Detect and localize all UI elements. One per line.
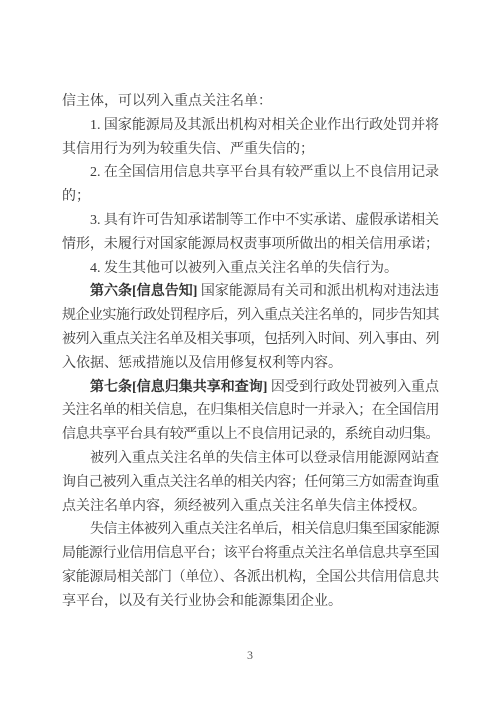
line-segment: 被列入重点关注名单及相关事项，包括列入时间、列入事由、列 [62,332,439,347]
line-segment: 情形，未履行对国家能源局权责事项所做出的相关信用承诺； [62,237,439,252]
line-segment: 规企业实施行政处罚程序后，列入重点关注名单的，同步告知其 [62,308,439,323]
text-block: 信主体，可以列入重点关注名单：1. 国家能源局及其派出机构对相关企业作出行政处罚… [62,90,439,614]
line-segment: 国家能源局有关司和派出机构对违法违 [197,284,439,299]
line-segment: 家能源局相关部门（单位）、各派出机构，全国公共信用信息共 [62,570,439,585]
text-line: 关注名单的相关信息，在归集相关信息时一并录入；在全国信用 [62,399,439,423]
article-heading: 第六条[信息告知] [90,284,197,299]
line-segment: 入依据、惩戒措施以及信用修复权利等内容。 [62,356,342,371]
text-line: 享平台，以及有关行业协会和能源集团企业。 [62,590,439,614]
text-line: 3. 具有许可告知承诺制等工作中不实承诺、虚假承诺相关 [62,209,439,233]
text-line: 失信主体被列入重点关注名单后，相关信息归集至国家能源 [62,518,439,542]
line-segment: 享平台，以及有关行业协会和能源集团企业。 [62,594,342,609]
line-segment: 局能源行业信用信息平台；该平台将重点关注名单信息共享至国 [62,546,439,561]
line-segment: 询自己被列入重点关注名单的相关内容；任何第三方如需查询重 [62,475,439,490]
text-line: 被列入重点关注名单及相关事项，包括列入时间、列入事由、列 [62,328,439,352]
text-line: 信息共享平台具有较严重以上不良信用记录的，系统自动归集。 [62,423,439,447]
text-line: 2. 在全国信用信息共享平台具有较严重以上不良信用记录 [62,161,439,185]
line-segment: 关注名单的相关信息，在归集相关信息时一并录入；在全国信用 [62,403,439,418]
line-segment: 3. 具有许可告知承诺制等工作中不实承诺、虚假承诺相关 [90,213,439,228]
text-line: 家能源局相关部门（单位）、各派出机构，全国公共信用信息共 [62,566,439,590]
text-line: 点关注名单内容，须经被列入重点关注名单失信主体授权。 [62,495,439,519]
document-page: 信主体，可以列入重点关注名单：1. 国家能源局及其派出机构对相关企业作出行政处罚… [0,0,500,707]
text-line: 4. 发生其他可以被列入重点关注名单的失信行为。 [62,257,439,281]
text-line: 信主体，可以列入重点关注名单： [62,90,439,114]
text-line: 局能源行业信用信息平台；该平台将重点关注名单信息共享至国 [62,542,439,566]
text-line: 第七条[信息归集共享和查询] 因受到行政处罚被列入重点 [62,376,439,400]
text-line: 被列入重点关注名单的失信主体可以登录信用能源网站查 [62,447,439,471]
line-segment: 失信主体被列入重点关注名单后，相关信息归集至国家能源 [90,522,439,537]
line-segment: 其信用行为列为较重失信、严重失信的； [62,142,314,157]
line-segment: 2. 在全国信用信息共享平台具有较严重以上不良信用记录 [90,165,439,180]
line-segment: 的； [62,189,90,204]
line-segment: 1. 国家能源局及其派出机构对相关企业作出行政处罚并将 [90,118,439,133]
line-segment: 点关注名单内容，须经被列入重点关注名单失信主体授权。 [62,499,426,514]
line-segment: 信主体，可以列入重点关注名单： [62,94,272,109]
text-line: 1. 国家能源局及其派出机构对相关企业作出行政处罚并将 [62,114,439,138]
text-line: 询自己被列入重点关注名单的相关内容；任何第三方如需查询重 [62,471,439,495]
text-line: 的； [62,185,439,209]
line-segment: 因受到行政处罚被列入重点 [267,380,439,395]
line-segment: 4. 发生其他可以被列入重点关注名单的失信行为。 [90,261,398,276]
text-line: 情形，未履行对国家能源局权责事项所做出的相关信用承诺； [62,233,439,257]
line-segment: 信息共享平台具有较严重以上不良信用记录的，系统自动归集。 [62,427,439,442]
line-segment: 被列入重点关注名单的失信主体可以登录信用能源网站查 [90,451,439,466]
text-line: 入依据、惩戒措施以及信用修复权利等内容。 [62,352,439,376]
text-line: 其信用行为列为较重失信、严重失信的； [62,138,439,162]
article-heading: 第七条[信息归集共享和查询] [90,380,267,395]
text-line: 第六条[信息告知] 国家能源局有关司和派出机构对违法违 [62,280,439,304]
text-line: 规企业实施行政处罚程序后，列入重点关注名单的，同步告知其 [62,304,439,328]
page-number: 3 [0,648,500,662]
